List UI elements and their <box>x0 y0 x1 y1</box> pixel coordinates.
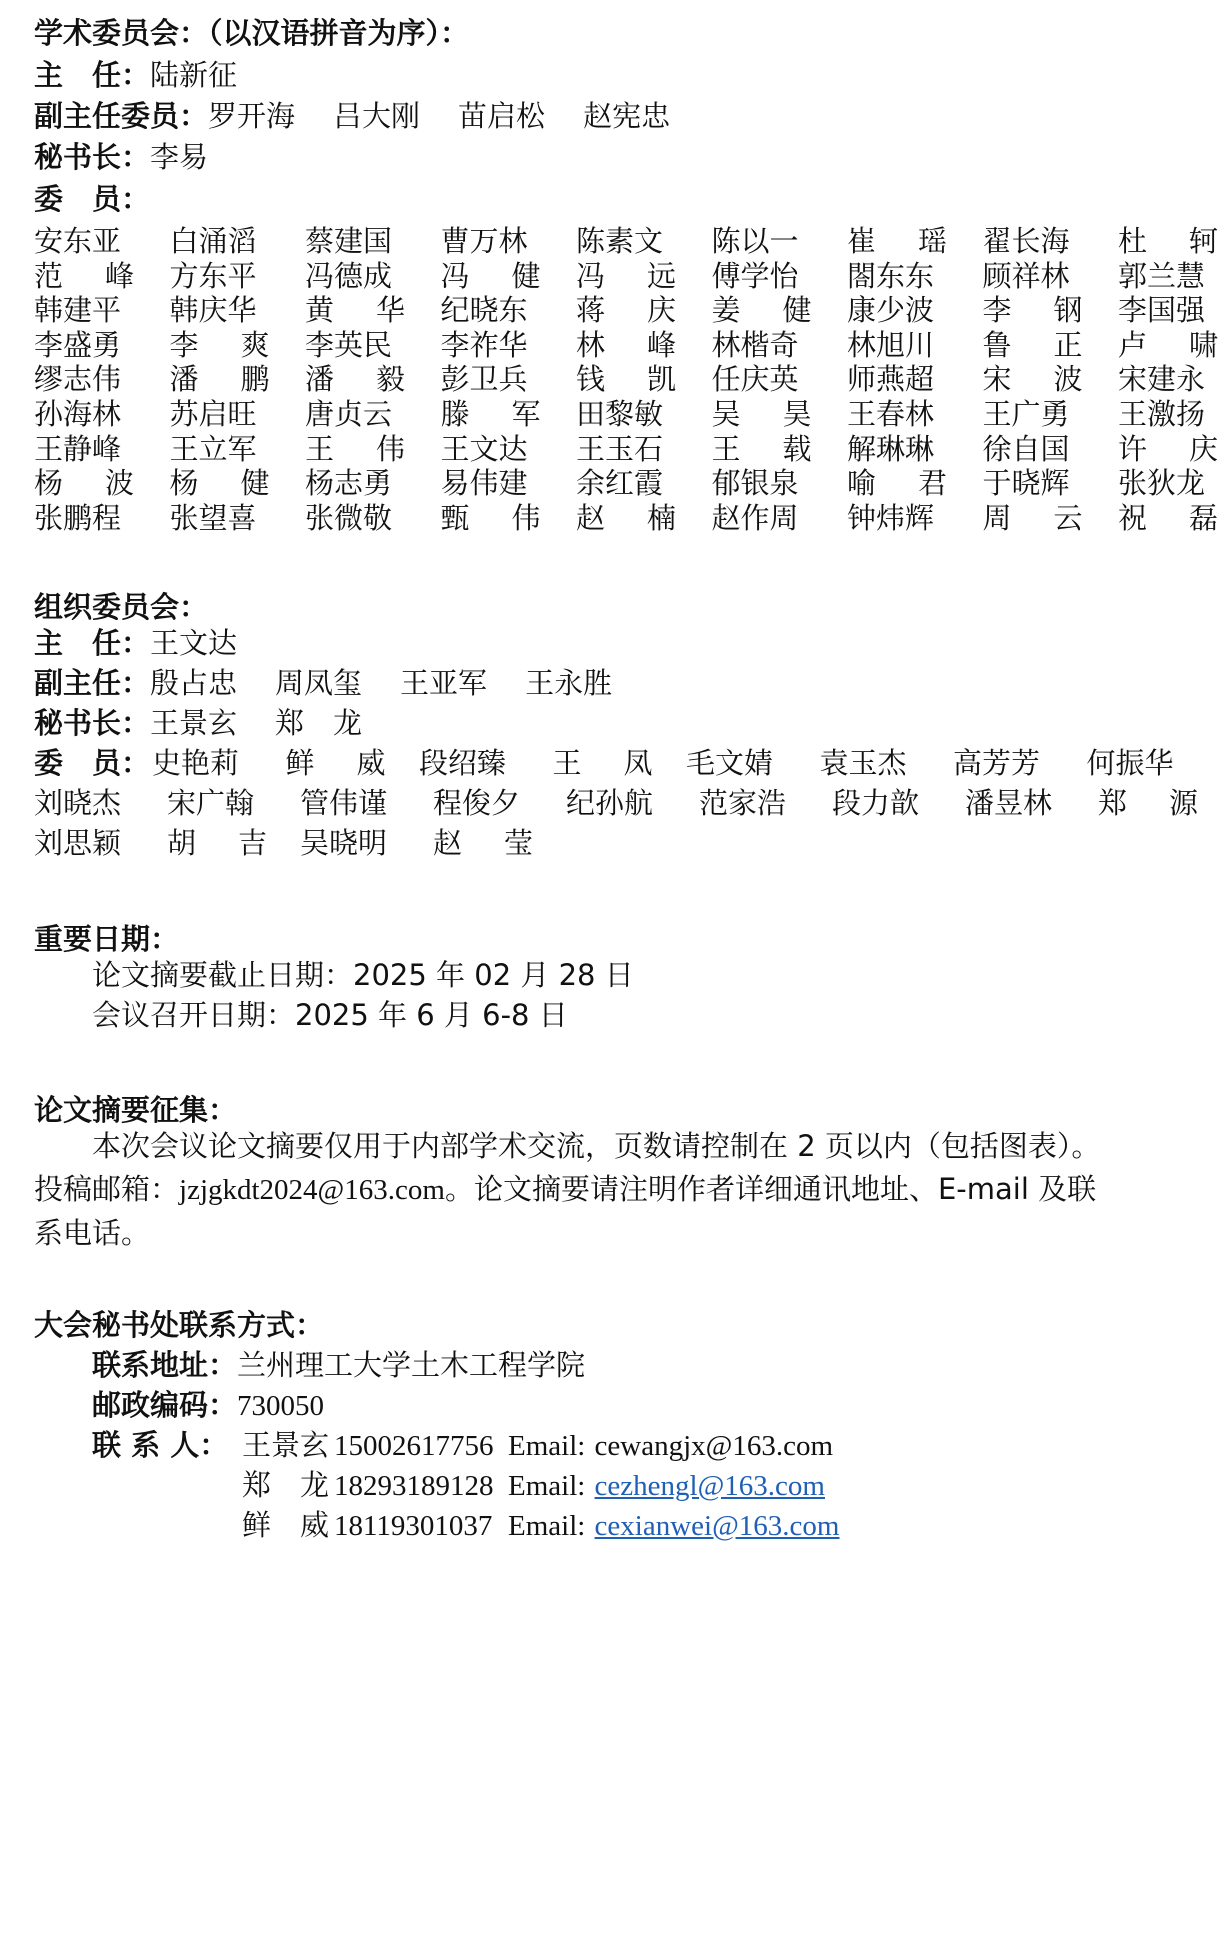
secretary-label: 秘书长： <box>34 706 150 740</box>
postcode-value: 730050 <box>237 1390 324 1422</box>
vice-name: 王永胜 <box>525 666 612 700</box>
member-name: 王文达 <box>441 432 541 466</box>
member-name: 甄伟 <box>441 501 541 535</box>
member-name: 钟炜辉 <box>847 501 947 535</box>
contact-email-label: Email: <box>508 1510 585 1542</box>
member-name: 王载 <box>712 432 812 466</box>
member-name: 段绍臻 <box>419 746 519 780</box>
member-name: 閤东东 <box>847 259 947 293</box>
contact-row-2: 郑 龙18293189128Email: cezhengl@163.com <box>92 1468 825 1503</box>
member-name: 鲜威 <box>286 746 386 780</box>
member-name: 易伟建 <box>441 466 541 500</box>
member-name: 田黎敏 <box>576 397 676 431</box>
member-name: 张望喜 <box>170 501 270 535</box>
member-name: 韩庆华 <box>170 293 270 327</box>
contact-name: 王景玄 <box>242 1428 334 1462</box>
contact-name: 郑 龙 <box>242 1468 334 1502</box>
contact-email-link[interactable]: cezhengl@163.com <box>595 1470 825 1502</box>
members-row: 安东亚白涌滔蔡建国曹万林陈素文陈以一崔瑶翟长海杜轲 <box>34 224 1194 258</box>
contact-email[interactable]: cewangjx@163.com <box>595 1430 834 1462</box>
member-name: 李祚华 <box>441 328 541 362</box>
vice-label: 副主任： <box>34 666 150 700</box>
member-name: 范峰 <box>34 259 134 293</box>
member-name: 纪孙航 <box>566 786 666 820</box>
member-name: 范家浩 <box>699 786 799 820</box>
member-name: 祝磊 <box>1118 501 1218 535</box>
member-name: 彭卫兵 <box>441 362 541 396</box>
member-name: 缪志伟 <box>34 362 134 396</box>
member-name: 鲁正 <box>983 328 1083 362</box>
postcode-row: 邮政编码：730050 <box>92 1388 324 1423</box>
members-row: 韩建平韩庆华黄华纪晓东蒋庆姜健康少波李钢李国强 <box>34 293 1194 327</box>
member-name: 李国强 <box>1118 293 1218 327</box>
member-name: 杜轲 <box>1118 224 1218 258</box>
members-row: 杨波杨健杨志勇易伟建余红霞郁银泉喻君于晓辉张狄龙 <box>34 466 1194 500</box>
member-name: 潘毅 <box>305 362 405 396</box>
member-name: 潘鹏 <box>170 362 270 396</box>
member-name: 王静峰 <box>34 432 134 466</box>
vice-name: 赵宪忠 <box>583 99 670 133</box>
member-name: 李盛勇 <box>34 328 134 362</box>
member-name: 李爽 <box>170 328 270 362</box>
vice-name: 王亚军 <box>400 666 487 700</box>
contact-row-1: 联 系 人：王景玄15002617756Email: cewangjx@163.… <box>92 1428 833 1463</box>
member-name: 郭兰慧 <box>1118 259 1218 293</box>
academic-members-label: 委 员： <box>34 182 150 216</box>
member-name: 陈以一 <box>712 224 812 258</box>
member-name: 宋波 <box>983 362 1083 396</box>
contact-row-3: 鲜 威18119301037Email: cexianwei@163.com <box>92 1508 839 1543</box>
member-name: 段力歆 <box>832 786 932 820</box>
member-name: 王广勇 <box>983 397 1083 431</box>
abstract-call-line-2-suffix: 。论文摘要请注明作者详细通讯地址、E-mail 及联 <box>445 1172 1096 1206</box>
members-row: 王静峰王立军王伟王文达王玉石王载解琳琳徐自国许庆 <box>34 432 1194 466</box>
member-name: 王激扬 <box>1118 397 1218 431</box>
secretary-name: 郑 龙 <box>275 706 362 740</box>
member-name: 赵楠 <box>576 501 676 535</box>
member-name: 徐自国 <box>983 432 1083 466</box>
member-name: 卢啸 <box>1118 328 1218 362</box>
member-name: 赵作周 <box>712 501 812 535</box>
member-name: 纪晓东 <box>441 293 541 327</box>
member-name: 史艳莉 <box>152 746 252 780</box>
member-name: 姜健 <box>712 293 812 327</box>
member-name: 刘思颖 <box>34 826 134 860</box>
members-row: 史艳莉鲜威段绍臻王凤毛文婧袁玉杰高芳芳何振华 <box>34 746 1194 780</box>
vice-label: 副主任委员： <box>34 99 208 133</box>
member-name: 张鹏程 <box>34 501 134 535</box>
member-name: 刘晓杰 <box>34 786 134 820</box>
member-name: 师燕超 <box>847 362 947 396</box>
contact-phone: 18293189128 <box>334 1469 508 1503</box>
member-name: 张狄龙 <box>1118 466 1218 500</box>
organizing-committee-heading: 组织委员会： <box>34 590 208 624</box>
abstract-call-line-1: 本次会议论文摘要仅用于内部学术交流，页数请控制在 2 页以内（包括图表）。 <box>34 1125 1194 1168</box>
secretary-name: 李易 <box>150 140 208 174</box>
member-name: 程俊夕 <box>433 786 533 820</box>
vice-name: 殷占忠 <box>150 666 237 700</box>
member-name: 喻君 <box>847 466 947 500</box>
member-name: 解琳琳 <box>847 432 947 466</box>
member-name: 崔瑶 <box>847 224 947 258</box>
member-name: 安东亚 <box>34 224 134 258</box>
member-name: 宋建永 <box>1118 362 1218 396</box>
member-name: 顾祥林 <box>983 259 1083 293</box>
chair-label: 主 任： <box>34 58 150 92</box>
member-name: 周云 <box>983 501 1083 535</box>
member-name: 李钢 <box>983 293 1083 327</box>
member-name: 黄华 <box>305 293 405 327</box>
abstract-call-heading: 论文摘要征集： <box>34 1093 237 1127</box>
member-name: 许庆 <box>1118 432 1218 466</box>
member-name: 张微敬 <box>305 501 405 535</box>
member-name: 曹万林 <box>441 224 541 258</box>
address-label: 联系地址： <box>92 1348 237 1382</box>
member-name: 高芳芳 <box>953 746 1053 780</box>
secretariat-heading: 大会秘书处联系方式： <box>34 1308 324 1342</box>
member-name: 于晓辉 <box>983 466 1083 500</box>
submission-email-label: 投稿邮箱： <box>34 1172 179 1206</box>
member-name: 冯健 <box>441 259 541 293</box>
academic-vice-row: 副主任委员：罗开海吕大刚苗启松赵宪忠 <box>34 99 670 133</box>
member-name: 冯德成 <box>305 259 405 293</box>
vice-name: 罗开海 <box>208 99 295 133</box>
abstract-deadline: 论文摘要截止日期：2025 年 02 月 28 日 <box>92 958 634 992</box>
member-name: 杨波 <box>34 466 134 500</box>
members-row: 李盛勇李爽李英民李祚华林峰林楷奇林旭川鲁正卢啸 <box>34 328 1194 362</box>
members-row: 缪志伟潘鹏潘毅彭卫兵钱凯任庆英师燕超宋波宋建永 <box>34 362 1194 396</box>
abstract-call-line-3: 系电话。 <box>34 1212 1194 1255</box>
chair-name: 陆新征 <box>150 58 237 92</box>
member-name: 王春林 <box>847 397 947 431</box>
important-dates-heading: 重要日期： <box>34 922 179 956</box>
member-name: 钱凯 <box>576 362 676 396</box>
member-name: 傅学怡 <box>712 259 812 293</box>
organizing-secretary-row: 秘书长：王景玄郑 龙 <box>34 706 362 740</box>
member-name: 毛文婧 <box>686 746 786 780</box>
vice-name: 吕大刚 <box>333 99 420 133</box>
contact-phone: 18119301037 <box>334 1509 508 1543</box>
meeting-dates: 会议召开日期：2025 年 6 月 6-8 日 <box>92 998 568 1032</box>
academic-committee-heading: 学术委员会：（以汉语拼音为序）： <box>34 16 469 50</box>
member-name: 郁银泉 <box>712 466 812 500</box>
contact-email-label: Email: <box>508 1470 585 1502</box>
secretary-label: 秘书长： <box>34 140 150 174</box>
vice-name: 苗启松 <box>458 99 545 133</box>
member-name: 林峰 <box>576 328 676 362</box>
academic-secretary-row: 秘书长：李易 <box>34 140 208 174</box>
member-name: 潘昱林 <box>965 786 1065 820</box>
member-name: 何振华 <box>1087 746 1187 780</box>
abstract-call-line-2: 投稿邮箱：jzjgkdt2024@163.com。论文摘要请注明作者详细通讯地址… <box>34 1168 1194 1212</box>
members-row: 范峰方东平冯德成冯健冯远傅学怡閤东东顾祥林郭兰慧 <box>34 259 1194 293</box>
member-name: 苏启旺 <box>170 397 270 431</box>
member-name: 管伟谨 <box>300 786 400 820</box>
chair-name: 王文达 <box>150 626 237 660</box>
members-row: 孙海林苏启旺唐贞云滕军田黎敏吴昊王春林王广勇王激扬 <box>34 397 1194 431</box>
member-name: 翟长海 <box>983 224 1083 258</box>
contact-label: 联 系 人： <box>92 1428 242 1462</box>
member-name: 林旭川 <box>847 328 947 362</box>
contact-phone: 15002617756 <box>334 1429 508 1463</box>
member-name: 赵莹 <box>433 826 533 860</box>
address-value: 兰州理工大学土木工程学院 <box>237 1348 585 1382</box>
contact-name: 鲜 威 <box>242 1508 334 1542</box>
member-name: 王立军 <box>170 432 270 466</box>
member-name: 康少波 <box>847 293 947 327</box>
member-name: 冯远 <box>576 259 676 293</box>
member-name: 王伟 <box>305 432 405 466</box>
member-name: 吴晓明 <box>300 826 400 860</box>
member-name: 蒋庆 <box>576 293 676 327</box>
member-name: 胡吉 <box>167 826 267 860</box>
members-row: 刘思颖胡吉吴晓明赵莹 <box>34 826 1194 860</box>
member-name: 孙海林 <box>34 397 134 431</box>
member-name: 方东平 <box>170 259 270 293</box>
member-name: 白涌滔 <box>170 224 270 258</box>
member-name: 滕军 <box>441 397 541 431</box>
member-name: 吴昊 <box>712 397 812 431</box>
vice-name: 周凤玺 <box>275 666 362 700</box>
member-name: 宋广翰 <box>167 786 267 820</box>
member-name: 陈素文 <box>576 224 676 258</box>
chair-label: 主 任： <box>34 626 150 660</box>
address-row: 联系地址：兰州理工大学土木工程学院 <box>92 1348 585 1382</box>
member-name: 韩建平 <box>34 293 134 327</box>
contact-email-label: Email: <box>508 1430 585 1462</box>
organizing-vice-row: 副主任：殷占忠周凤玺王亚军王永胜 <box>34 666 612 700</box>
member-name: 杨志勇 <box>305 466 405 500</box>
member-name: 袁玉杰 <box>820 746 920 780</box>
member-name: 王玉石 <box>576 432 676 466</box>
member-name: 杨健 <box>170 466 270 500</box>
postcode-label: 邮政编码： <box>92 1388 237 1422</box>
member-name: 余红霞 <box>576 466 676 500</box>
organizing-chair-row: 主 任：王文达 <box>34 626 237 660</box>
members-row: 张鹏程张望喜张微敬甄伟赵楠赵作周钟炜辉周云祝磊 <box>34 501 1194 535</box>
member-name: 任庆英 <box>712 362 812 396</box>
secretary-name: 王景玄 <box>150 706 237 740</box>
abstract-call-paragraph: 本次会议论文摘要仅用于内部学术交流，页数请控制在 2 页以内（包括图表）。 投稿… <box>34 1125 1194 1255</box>
member-name: 唐贞云 <box>305 397 405 431</box>
member-name: 王凤 <box>553 746 653 780</box>
submission-email[interactable]: jzjgkdt2024@163.com <box>179 1174 445 1206</box>
member-name: 林楷奇 <box>712 328 812 362</box>
contact-email-link[interactable]: cexianwei@163.com <box>595 1510 840 1542</box>
member-name: 李英民 <box>305 328 405 362</box>
member-name: 郑源 <box>1098 786 1198 820</box>
academic-chair-row: 主 任：陆新征 <box>34 58 237 92</box>
members-row: 刘晓杰宋广翰管伟谨程俊夕纪孙航范家浩段力歆潘昱林郑源 <box>34 786 1194 820</box>
member-name: 蔡建国 <box>305 224 405 258</box>
